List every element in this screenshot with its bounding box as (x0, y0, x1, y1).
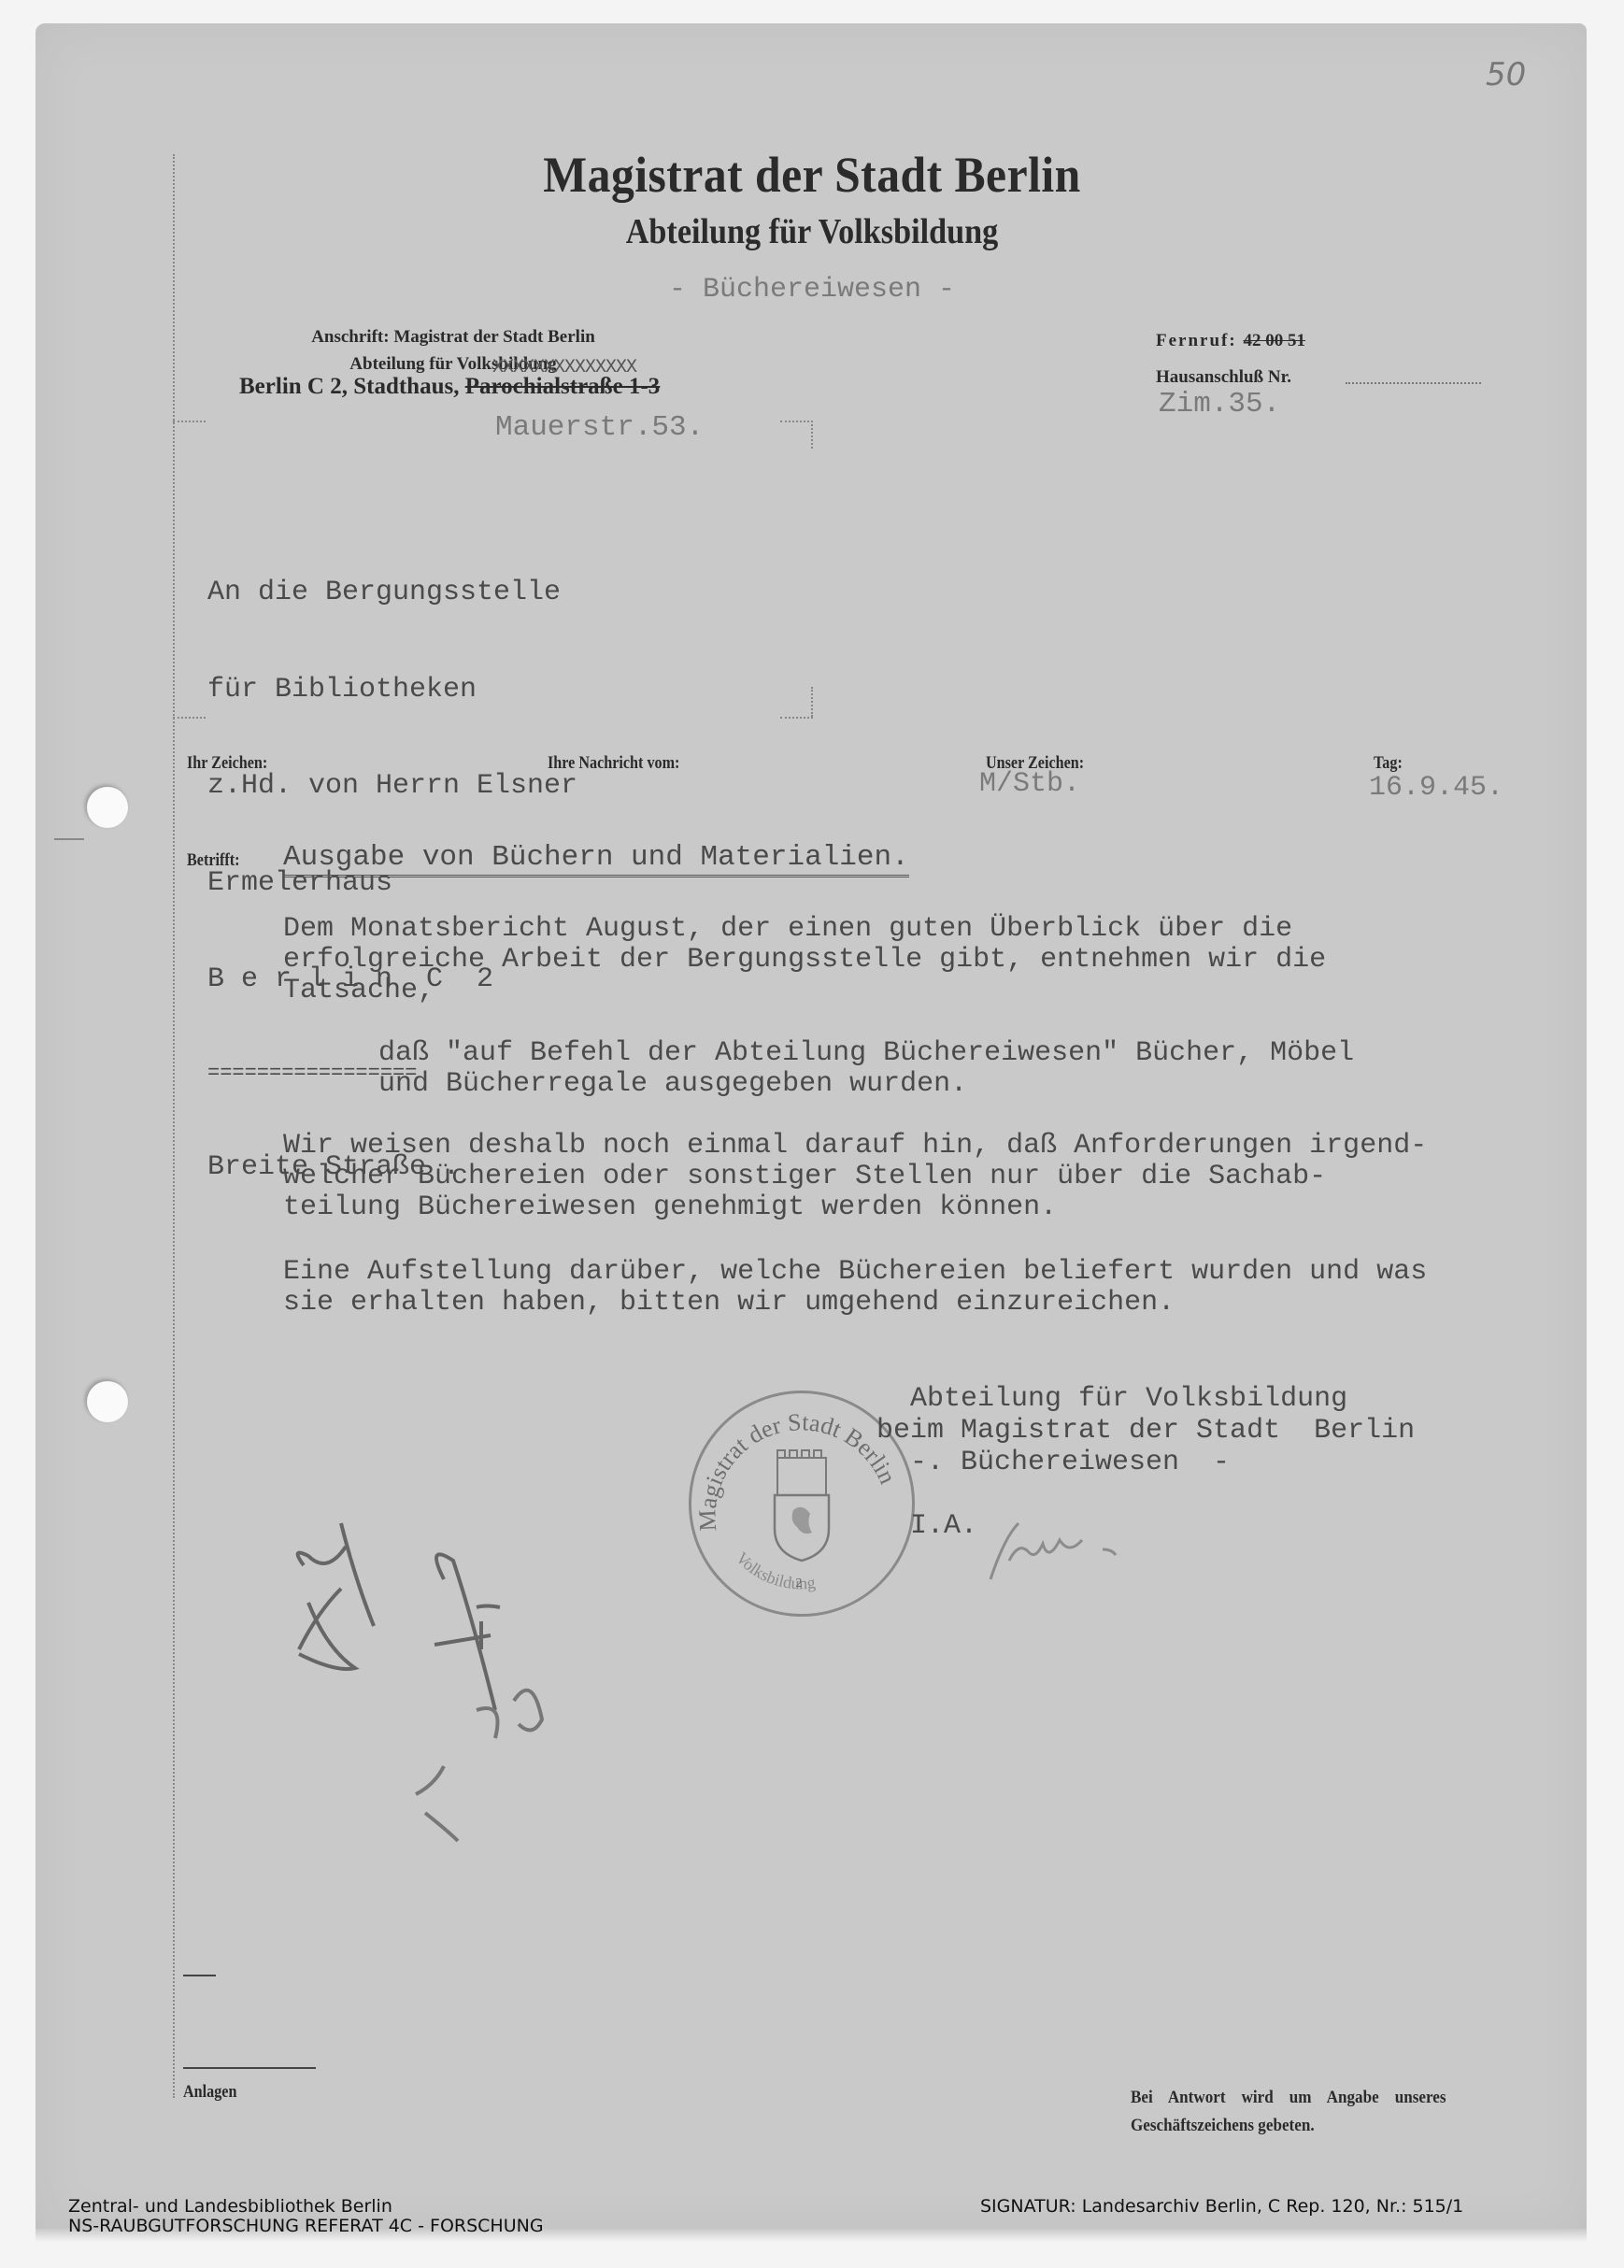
attachments-rule (183, 2067, 316, 2069)
window-mark-tr-v (811, 421, 813, 449)
window-mark-tl (173, 421, 206, 422)
extension-blank-line (1346, 371, 1481, 384)
left-margin-guide (173, 154, 175, 2098)
extension-label: Hausanschluß Nr. (1156, 367, 1291, 388)
typed-overstrike: XXXXXXXXXXXXXX (492, 357, 636, 378)
sender-address-line2: Abteilung für Volksbildung (168, 354, 738, 375)
phone-number-struck: 42 00 51 (1243, 331, 1305, 350)
handwritten-initials-icon (276, 1514, 556, 1906)
punch-hole-lower (87, 1381, 128, 1422)
window-mark-bl (173, 717, 206, 719)
window-mark-br (780, 717, 813, 719)
our-ref-value: M/Stb. (979, 768, 1080, 800)
body-quote: daß "auf Befehl der Abteilung Büchereiwe… (378, 1038, 1354, 1100)
letterhead-title: Magistrat der Stadt Berlin (65, 146, 1560, 204)
body-paragraph-1: Dem Monatsbericht August, der einen gute… (283, 914, 1326, 1006)
body-paragraph-2: Wir weisen deshalb noch einmal darauf hi… (283, 1131, 1427, 1223)
handwritten-page-number: 50 (1486, 56, 1526, 93)
handwritten-signature-icon (981, 1514, 1140, 1589)
room-number: Zim.35. (1159, 388, 1280, 421)
svg-text:2: 2 (796, 1576, 803, 1590)
recipient-line: z.Hd. von Herrn Elsner (207, 770, 577, 803)
archive-caption-left: Zentral- und Landesbibliothek Berlin NS-… (68, 2197, 544, 2236)
archive-department: NS-RAUBGUTFORSCHUNG REFERAT 4C - FORSCHU… (68, 2217, 544, 2236)
archive-signature: SIGNATUR: Landesarchiv Berlin, C Rep. 12… (980, 2197, 1463, 2217)
phone-field: Fernruf: 42 00 51 (1156, 331, 1305, 351)
fold-mark (54, 838, 84, 840)
letterhead-subtitle: Abteilung für Volksbildung (81, 211, 1543, 252)
window-mark-tr (780, 421, 813, 422)
reply-note: Bei Antwort wird um Angabe unseres Gesch… (1131, 2084, 1446, 2140)
letterhead-department: - Büchereiwesen - (0, 274, 1624, 306)
body-paragraph-3: Eine Aufstellung darüber, welche Büchere… (283, 1257, 1427, 1319)
subject-label: Betrifft: (187, 850, 239, 871)
your-message-label: Ihre Nachricht vom: (548, 753, 679, 774)
sender-address-replacement: Mauerstr.53. (495, 411, 704, 444)
sender-address-prefix: Berlin C 2, Stadthaus, (239, 374, 465, 399)
margin-dash (183, 1975, 216, 1976)
punch-hole-upper (87, 787, 128, 828)
sender-address-line1: Anschrift: Magistrat der Stadt Berlin (168, 327, 738, 348)
signature-block: Abteilung für Volksbildung beim Magistra… (876, 1383, 1415, 1542)
date-label: Tag: (1374, 753, 1403, 774)
your-ref-label: Ihr Zeichen: (187, 753, 267, 774)
subject-text: Ausgabe von Büchern und Materialien. (283, 841, 909, 877)
recipient-line: für Bibliotheken (207, 674, 577, 706)
archive-institution: Zentral- und Landesbibliothek Berlin (68, 2197, 544, 2217)
recipient-line: An die Bergungsstelle (207, 577, 577, 609)
attachments-label: Anlagen (183, 2082, 236, 2103)
phone-label: Fernruf: (1156, 331, 1237, 350)
window-mark-br-v (811, 687, 813, 717)
date-value: 16.9.45. (1369, 772, 1503, 804)
svg-text:Volksbildung: Volksbildung (733, 1548, 817, 1592)
